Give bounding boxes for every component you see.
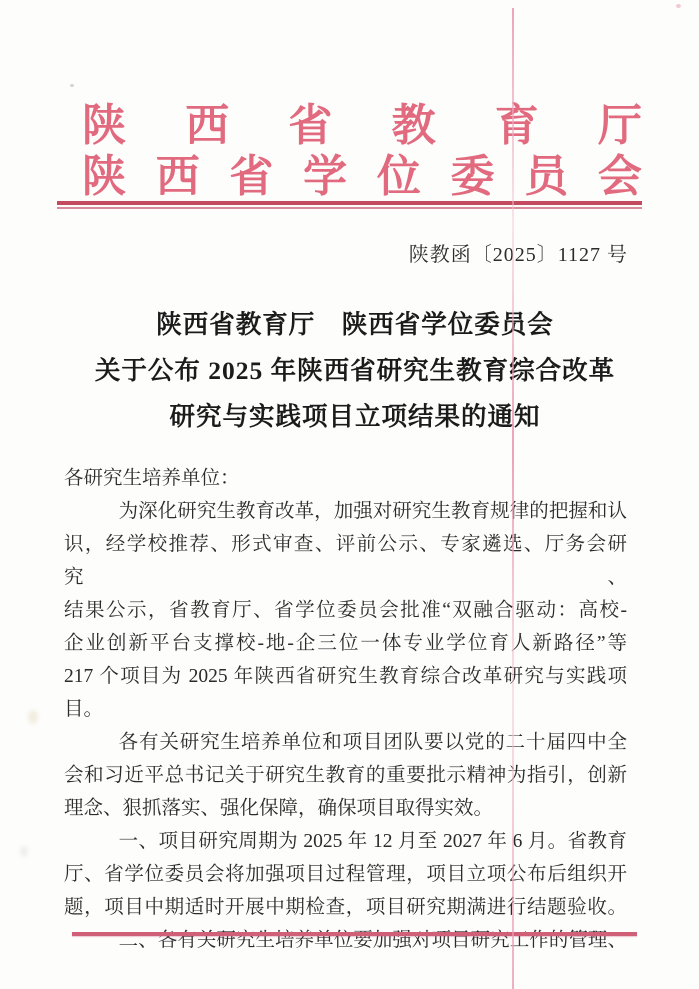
body-line: 企业创新平台支撑校-地-企三位一体专业学位育人新路径”等	[64, 627, 627, 660]
letterhead-char: 位	[377, 153, 421, 201]
document-number: 陕教函〔2025〕1127 号	[0, 238, 628, 267]
body-line: 结果公示，省教育厅、省学位委员会批准“双融合驱动：高校-	[64, 594, 627, 627]
letterhead-char: 厅	[598, 102, 642, 150]
letterhead-org-1: 陕西省教育厅	[82, 102, 642, 150]
footer-rule	[72, 932, 637, 936]
letterhead-char: 委	[451, 153, 495, 201]
body-line: 目。	[64, 693, 627, 726]
letterhead-char: 教	[392, 102, 436, 150]
body-line: 一、项目研究周期为 2025 年 12 月至 2027 年 6 月。省教育	[64, 825, 627, 858]
letterhead-char: 西	[156, 153, 200, 201]
title-line-1: 陕西省教育厅 陕西省学位委员会	[40, 302, 670, 348]
letterhead-char: 会	[598, 153, 642, 201]
letterhead-char: 省	[288, 102, 332, 150]
body-line: 识，经学校推荐、形式审查、评前公示、专家遴选、厅务会研究、	[64, 528, 627, 594]
letterhead-divider-rule	[57, 201, 642, 205]
letterhead-char: 省	[229, 153, 273, 201]
letterhead-char: 育	[495, 102, 539, 150]
letterhead-char: 陕	[82, 153, 126, 201]
body-line: 217 个项目为 2025 年陕西省研究生教育综合改革研究与实践项	[64, 660, 627, 693]
body-line: 理念、狠抓落实、强化保障，确保项目取得实效。	[64, 792, 627, 825]
body-line: 厅、省学位委员会将加强项目过程管理，项目立项公布后组织开	[64, 858, 627, 891]
body-line: 二、各有关研究生培养单位要加强对项目研究工作的管理、	[64, 924, 627, 957]
body-salutation: 各研究生培养单位：	[64, 462, 627, 495]
letterhead-char: 西	[185, 102, 229, 150]
scanned-official-document: 陕西省教育厅 陕西省学位委员会 陕教函〔2025〕1127 号 陕西省教育厅 陕…	[0, 0, 699, 989]
title-line-2: 关于公布 2025 年陕西省研究生教育综合改革	[40, 348, 670, 394]
body-line: 题，项目中期适时开展中期检查，项目研究期满进行结题验收。	[64, 891, 627, 924]
document-title: 陕西省教育厅 陕西省学位委员会 关于公布 2025 年陕西省研究生教育综合改革 …	[40, 302, 670, 440]
letterhead-org-2: 陕西省学位委员会	[82, 153, 642, 201]
document-body: 各研究生培养单位： 为深化研究生教育改革，加强对研究生教育规律的把握和认 识，经…	[64, 462, 627, 957]
scan-speck	[676, 4, 681, 8]
letterhead-char: 学	[303, 153, 347, 201]
scan-smudge	[20, 846, 28, 857]
letterhead-char: 员	[524, 153, 568, 201]
letterhead-divider-rule-thin	[57, 207, 642, 209]
scan-smudge	[28, 710, 38, 724]
body-line: 为深化研究生教育改革，加强对研究生教育规律的把握和认	[64, 495, 627, 528]
scan-speck	[70, 84, 74, 87]
body-line: 各有关研究生培养单位和项目团队要以党的二十届四中全	[64, 726, 627, 759]
title-line-3: 研究与实践项目立项结果的通知	[40, 394, 670, 440]
letterhead-char: 陕	[82, 102, 126, 150]
body-line: 会和习近平总书记关于研究生教育的重要批示精神为指引，创新	[64, 759, 627, 792]
